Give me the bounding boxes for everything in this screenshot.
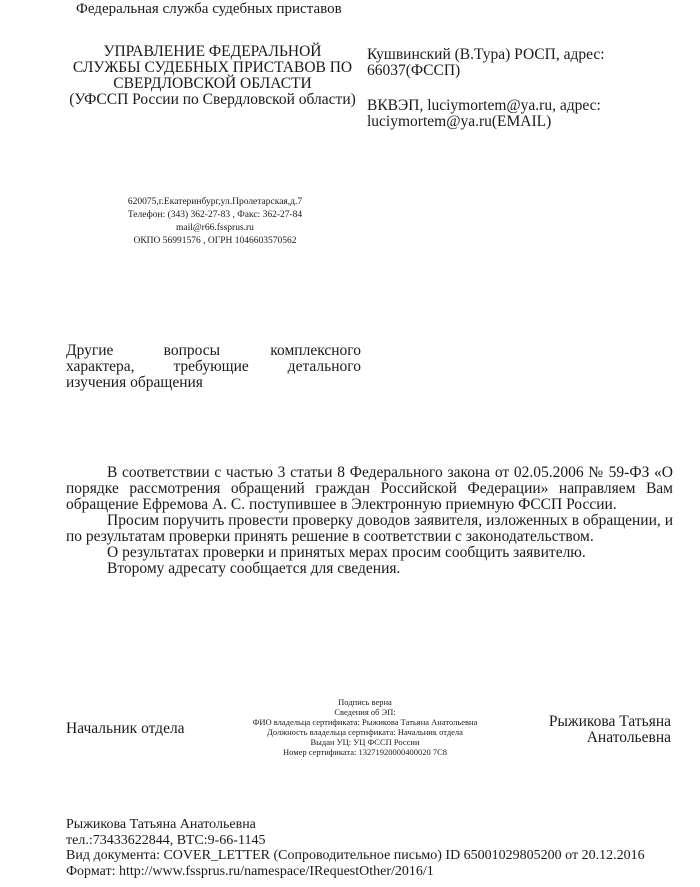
- contact-email: mail@r66.fssprus.ru: [100, 222, 330, 235]
- department-block: УПРАВЛЕНИЕ ФЕДЕРАЛЬНОЙ СЛУЖБЫ СУДЕБНЫХ П…: [60, 44, 365, 108]
- department-line: (УФССП России по Свердловской области): [60, 92, 365, 108]
- signer-line: Рыжикова Татьяна: [520, 714, 671, 730]
- e-signature-stamp: Подпись верна Сведения об ЭП: ФИО владел…: [250, 697, 480, 757]
- department-line: СЛУЖБЫ СУДЕБНЫХ ПРИСТАВОВ ПО: [60, 60, 365, 76]
- body-paragraph: Просим поручить провести проверку доводо…: [66, 513, 673, 545]
- letter-body: В соответствии с частью 3 статьи 8 Федер…: [66, 465, 673, 577]
- executor-name: Рыжикова Татьяна Анатольевна: [66, 817, 645, 833]
- contact-codes: ОКПО 56991576 , ОГРН 1046603570562: [100, 235, 330, 248]
- department-line: УПРАВЛЕНИЕ ФЕДЕРАЛЬНОЙ: [60, 44, 365, 60]
- contact-address: 620075,г.Екатеринбург,ул.Пролетарская,д.…: [100, 196, 330, 209]
- subject-block: Другие вопросы комплексного характера, т…: [66, 343, 361, 391]
- stamp-line: Выдан УЦ: УЦ ФССП России: [250, 737, 480, 747]
- contacts-block: 620075,г.Екатеринбург,ул.Пролетарская,д.…: [100, 196, 330, 248]
- subject-line: изучения обращения: [66, 375, 361, 391]
- stamp-line: ФИО владельца сертификата: Рыжикова Тать…: [250, 717, 480, 727]
- stamp-line: Должность владельца сертификата: Начальн…: [250, 727, 480, 737]
- signer-line: Анатольевна: [520, 730, 671, 746]
- signatory-position: Начальник отдела: [66, 721, 185, 737]
- body-paragraph: Второму адресату сообщается для сведения…: [66, 561, 673, 577]
- subject-line: Другие вопросы комплексного: [66, 343, 361, 359]
- document-format: Формат: http://www.fssprus.ru/namespace/…: [66, 864, 645, 880]
- footer-block: Рыжикова Татьяна Анатольевна тел.:734336…: [66, 817, 645, 879]
- document-type: Вид документа: COVER_LETTER (Сопроводите…: [66, 848, 645, 864]
- department-line: СВЕРДЛОВСКОЙ ОБЛАСТИ: [60, 76, 365, 92]
- recipients-block: Кушвинский (В.Тура) РОСП, адрес: 66037(Ф…: [367, 47, 687, 149]
- subject-line: характера, требующие детального: [66, 359, 361, 375]
- executor-phone: тел.:73433622844, ВТС:9-66-1145: [66, 833, 645, 849]
- stamp-line: Подпись верна: [250, 697, 480, 707]
- body-paragraph: О результатах проверки и принятых мерах …: [66, 545, 673, 561]
- stamp-line: Сведения об ЭП:: [250, 707, 480, 717]
- body-paragraph: В соответствии с частью 3 статьи 8 Федер…: [66, 465, 673, 513]
- stamp-line: Номер сертификата: 13271920000400020 7C8: [250, 747, 480, 757]
- signer-name: Рыжикова Татьяна Анатольевна: [520, 714, 700, 746]
- agency-name: Федеральная служба судебных приставов: [76, 0, 342, 18]
- contact-phone: Телефон: (343) 362-27-83 , Факс: 362-27-…: [100, 209, 330, 222]
- recipient-1: Кушвинский (В.Тура) РОСП, адрес: 66037(Ф…: [367, 47, 687, 79]
- recipient-2: ВКВЭП, luciymortem@ya.ru, адрес: luciymo…: [367, 98, 687, 130]
